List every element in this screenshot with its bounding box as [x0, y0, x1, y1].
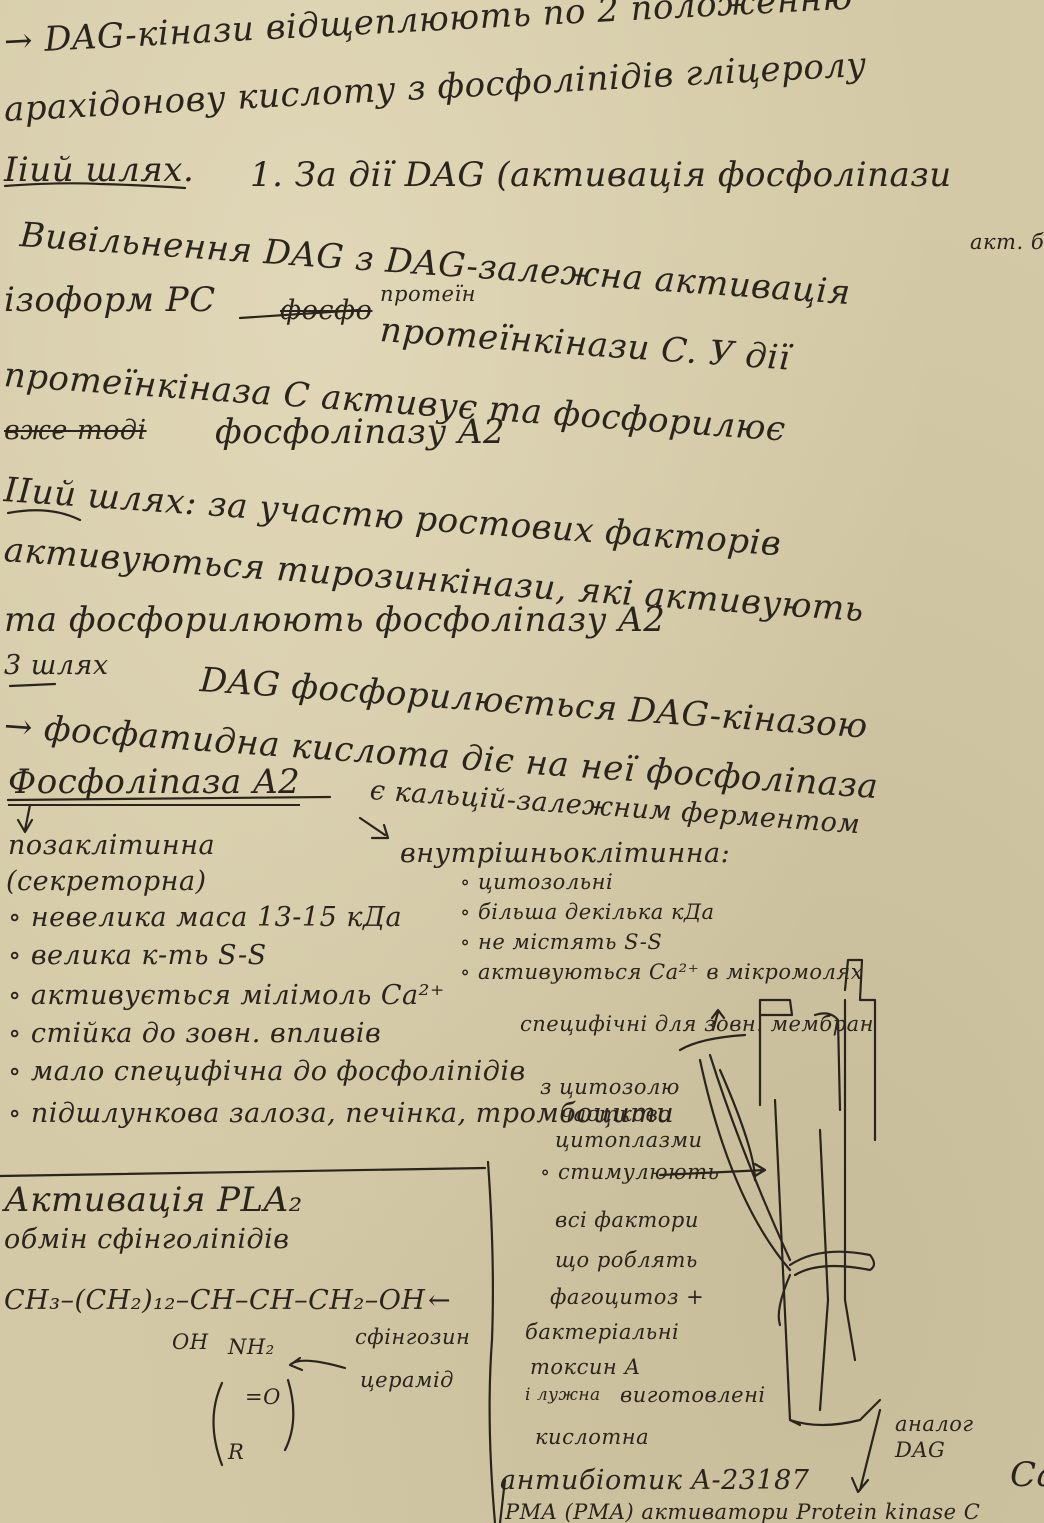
right-cont-9: токсин А — [530, 1355, 641, 1379]
hand-finger-3 — [845, 960, 875, 1140]
text-line-5-struck: фосфо — [280, 295, 372, 326]
hand-band — [790, 1252, 874, 1275]
left-item-3: ∘ активується мілімоль Ca²⁺ — [8, 980, 445, 1011]
right-cont-4: ∘ стимулюють — [540, 1160, 719, 1184]
box-formula-arrow: ← — [428, 1285, 451, 1316]
text-line-7: фосфоліпазу A2 — [215, 412, 505, 452]
ceramide-bracket-left — [214, 1383, 223, 1465]
left-item-1: ∘ невелика маса 13-15 кДа — [8, 902, 402, 933]
hand-finger-4 — [845, 1000, 855, 1360]
text-line-13-title: Фосфоліпаза A2 — [8, 762, 300, 806]
box-formula-r: R — [228, 1440, 244, 1464]
text-line-10: та фосфорилюють фосфоліпазу A2 — [4, 600, 665, 640]
hand-finger-bent-1 — [710, 1055, 790, 1260]
hand-band-tail — [779, 1275, 790, 1325]
handwritten-note-page: → DAG-кінази відщеплюють по 2 положенню … — [0, 0, 1044, 1523]
hand-palm-left — [775, 1100, 800, 1425]
margin-note-right-top: акт. біо — [970, 230, 1044, 254]
box-subtitle: обмін сфінголіпідів — [4, 1224, 290, 1255]
arrow-to-hand-2 — [680, 1035, 745, 1050]
right-cont-11: кислотна — [535, 1425, 649, 1449]
text-line-11-label: 3 шлях — [4, 650, 109, 681]
text-line-5-b: протеїнкінази C. У дії — [379, 310, 792, 379]
box-label-ceramide: церамід — [360, 1368, 454, 1392]
arrow-dag-analog — [852, 1410, 880, 1492]
hand-palm-mid — [820, 1130, 828, 1410]
underline-path-11 — [10, 684, 55, 686]
right-cont-8: бактеріальні — [525, 1320, 679, 1344]
text-line-3-label: Ііий шлях. — [4, 150, 194, 190]
right-column-title: внутрішньоклітинна: — [400, 838, 730, 869]
ceramide-arrow — [290, 1358, 345, 1370]
analog-label: аналог — [895, 1412, 974, 1436]
pma-line: PMA (PMA) активатори Protein kinase C — [505, 1500, 980, 1523]
box-formula-nh2: NH₂ — [228, 1335, 275, 1359]
right-cont-5: всі фактори — [555, 1208, 699, 1232]
box-title: Активація PLA₂ — [4, 1180, 303, 1220]
right-item-1: ∘ цитозольні — [460, 870, 613, 894]
left-item-4: ∘ стійка до зовн. впливів — [8, 1018, 381, 1049]
secreted-label: виготовлені — [620, 1383, 766, 1407]
right-cont-7: фагоцитоз + — [550, 1285, 704, 1309]
ceramide-bracket-right — [285, 1380, 293, 1450]
hand-finger-bent-2 — [720, 1070, 755, 1180]
right-cont-10: і лужна — [525, 1385, 601, 1405]
text-line-5-a: ізоформ PC — [4, 280, 216, 320]
left-column-subtitle: (секреторна) — [6, 866, 207, 897]
box-formula-carbonyl: =O — [245, 1385, 281, 1409]
right-item-2: ∘ більша декілька кДа — [460, 900, 715, 924]
text-line-2: арахідонову кислоту з фосфоліпідів гліце… — [3, 45, 868, 130]
left-item-2: ∘ велика к-ть S-S — [8, 940, 267, 971]
right-item-4: ∘ активуються Ca²⁺ в мікромолях — [460, 960, 863, 984]
right-item-5: специфічні для зовн. мембран — [520, 1012, 874, 1036]
right-cont-2: частково — [560, 1102, 671, 1126]
hand-wrist — [790, 1400, 880, 1425]
right-cont-3: цитоплазми — [555, 1128, 703, 1152]
box-top-line — [0, 1168, 485, 1176]
dag-label: DAG — [895, 1438, 945, 1462]
left-column-title: позаклітинна — [8, 830, 215, 861]
antibiotic-line: антибіотик A-23187 — [500, 1465, 809, 1496]
box-formula-oh: OH — [172, 1330, 209, 1354]
arrow-left-down — [18, 805, 32, 832]
hand-corner-label: Ca — [1010, 1455, 1044, 1495]
text-line-7-struck: вже тоді — [4, 415, 147, 446]
right-cont-6: що роблять — [555, 1248, 698, 1272]
text-line-5-insert: протеїн — [380, 282, 476, 306]
right-cont-1: з цитозолю — [540, 1075, 680, 1099]
left-item-5: ∘ мало специфічна до фосфоліпідів — [8, 1056, 526, 1087]
text-line-3: 1. За дії DAG (активація фосфоліпази — [250, 155, 952, 195]
box-right-line — [488, 1162, 495, 1523]
box-formula: CH₃–(CH₂)₁₂–CH–CH–CH₂–OH — [4, 1285, 425, 1316]
box-label-sphingosine: сфінгозин — [355, 1325, 470, 1349]
arrow-right-down — [360, 818, 388, 838]
right-item-3: ∘ не містять S-S — [460, 930, 662, 954]
